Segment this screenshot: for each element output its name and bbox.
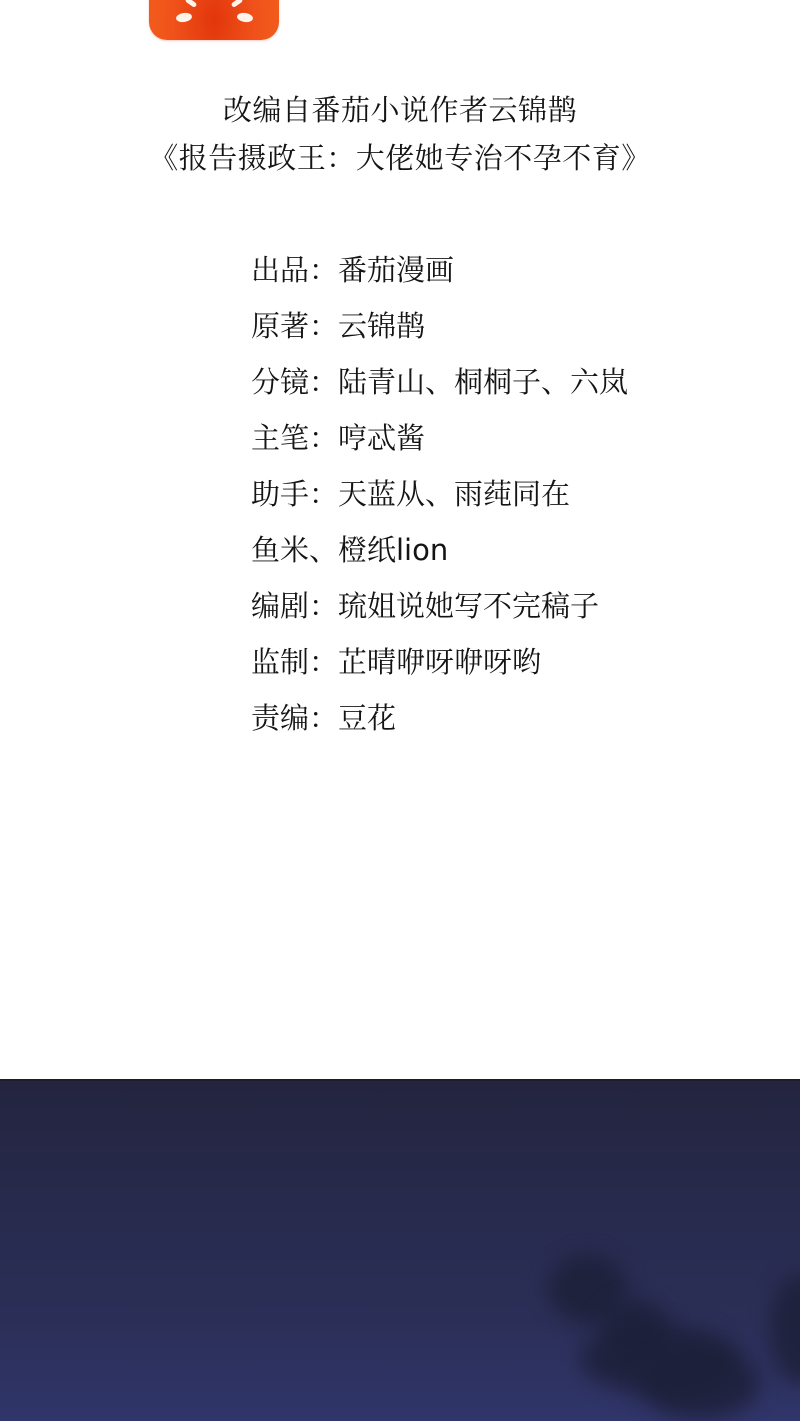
novel-title: 《报告摄政王：大佬她专治不孕不育》	[0, 134, 800, 182]
credit-names: 陆青山、桐桐子、六岚	[338, 354, 628, 410]
credit-row-lead-artist: 主笔：哼忒酱	[251, 410, 628, 466]
credit-names: 天蓝从、雨莼同在	[338, 466, 570, 522]
tree-silhouette	[770, 1274, 800, 1384]
credit-role: 出品	[251, 242, 309, 298]
credit-names: 哼忒酱	[338, 410, 425, 466]
credit-separator: ：	[309, 365, 338, 399]
logo-stroke-left	[185, 0, 198, 8]
credit-row-storyboard: 分镜：陆青山、桐桐子、六岚	[251, 354, 628, 410]
credit-separator: ：	[309, 477, 338, 511]
tomato-app-logo-icon	[149, 0, 279, 40]
credit-names: 琉姐说她写不完稿子	[338, 578, 599, 634]
logo-eye-right	[236, 12, 253, 23]
credit-role: 主笔	[251, 410, 309, 466]
credit-separator: ：	[309, 421, 338, 455]
credit-row-assistants: 助手：天蓝从、雨莼同在	[251, 466, 628, 522]
credit-names: 豆花	[338, 690, 396, 746]
credit-names: 番茄漫画	[338, 242, 454, 298]
credit-role: 责编	[251, 690, 309, 746]
logo-stroke-right	[231, 0, 244, 8]
credit-separator: ：	[309, 253, 338, 287]
adaptation-header: 改编自番茄小说作者云锦鹊 《报告摄政王：大佬她专治不孕不育》	[0, 86, 800, 182]
credit-row-editor: 责编：豆花	[251, 690, 628, 746]
credit-row-supervisor: 监制：芷晴咿呀咿呀哟	[251, 634, 628, 690]
credit-role: 监制	[251, 634, 309, 690]
credit-role: 原著	[251, 298, 309, 354]
logo-eye-left	[175, 12, 192, 23]
credit-row-original-author: 原著：云锦鹊	[251, 298, 628, 354]
adaptation-source-line: 改编自番茄小说作者云锦鹊	[0, 86, 800, 134]
credit-role: 分镜	[251, 354, 309, 410]
panel-top-border	[0, 1079, 800, 1081]
tree-silhouette	[640, 1349, 760, 1419]
credit-names: 芷晴咿呀咿呀哟	[338, 634, 541, 690]
staff-credits: 出品：番茄漫画 原著：云锦鹊 分镜：陆青山、桐桐子、六岚 主笔：哼忒酱 助手：天…	[251, 242, 628, 746]
credit-role: 编剧	[251, 578, 309, 634]
credit-separator: ：	[309, 309, 338, 343]
credit-row-producer: 出品：番茄漫画	[251, 242, 628, 298]
credit-names: 云锦鹊	[338, 298, 425, 354]
night-sky-panel	[0, 1079, 800, 1421]
credit-role: 助手	[251, 466, 309, 522]
credit-row-screenwriter: 编剧：琉姐说她写不完稿子	[251, 578, 628, 634]
credit-row-assistants-continued: 鱼米、橙纸lion	[251, 522, 628, 578]
credit-separator: ：	[309, 701, 338, 735]
credit-names: 鱼米、橙纸lion	[251, 522, 448, 578]
credit-separator: ：	[309, 589, 338, 623]
credit-separator: ：	[309, 645, 338, 679]
